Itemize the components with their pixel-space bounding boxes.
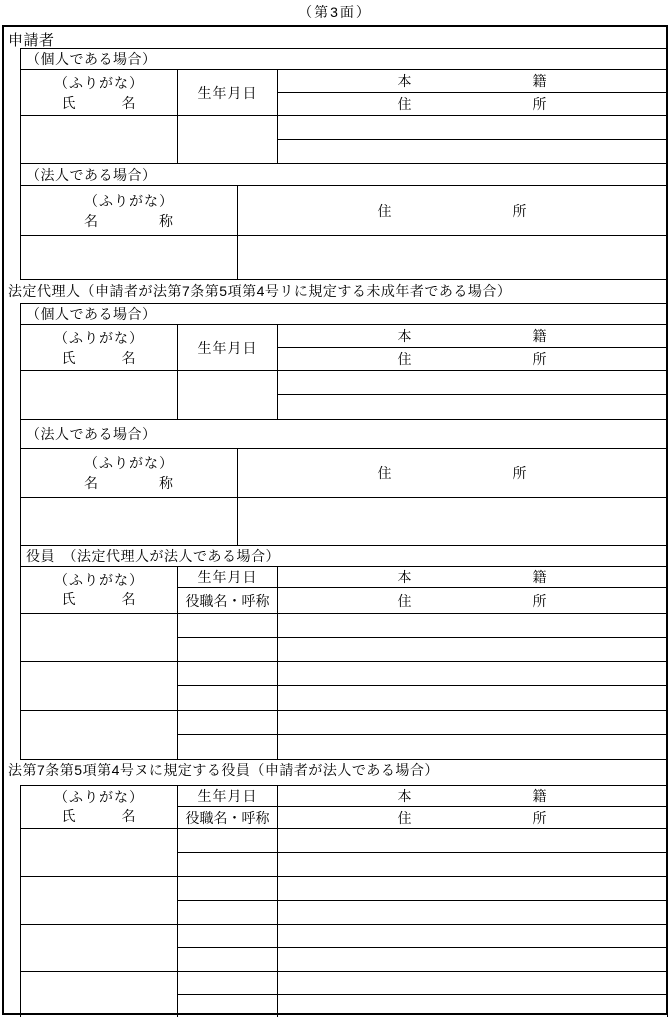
officer-domicile-field xyxy=(278,877,668,901)
legal-rep-corp-name-field xyxy=(21,498,238,546)
officer-title-field xyxy=(178,853,278,877)
officer-birth-date-field xyxy=(178,662,278,686)
officer-title-header: 役職名・呼称 xyxy=(178,588,278,614)
address-header: 住 所 xyxy=(278,807,668,829)
furigana-label: （ふりがな） xyxy=(21,788,177,807)
officer-name-field xyxy=(21,925,178,972)
case-label-corporate: （法人である場合） xyxy=(21,164,668,186)
officer-title-field xyxy=(178,948,278,972)
officer-title-field xyxy=(178,735,278,760)
person-name-label: 氏 名 xyxy=(21,590,177,609)
registered-domicile-header: 本 籍 xyxy=(278,325,668,348)
registered-domicile-header: 本 籍 xyxy=(278,567,668,588)
case-label-individual: （個人である場合） xyxy=(21,304,668,325)
officer-name-field xyxy=(21,877,178,925)
furigana-label: （ふりがな） xyxy=(21,571,177,590)
person-name-label: 氏 名 xyxy=(21,348,177,368)
form-page: （第3面） 申請者 （個人である場合） （ふりがな） 氏 名 生年月日 本 籍 … xyxy=(0,0,670,1017)
legal-rep-name-field xyxy=(21,371,178,420)
case-label-individual: （個人である場合） xyxy=(21,49,668,70)
officer-address-field xyxy=(278,638,668,662)
officer-address-field xyxy=(278,901,668,925)
officer-birth-date-field xyxy=(178,711,278,735)
legal-rep-address-field xyxy=(278,395,668,420)
applicant-birth-date-field xyxy=(178,116,278,164)
person-name-label: 氏 名 xyxy=(21,807,177,826)
officer-title-field xyxy=(178,686,278,711)
officer-title-field xyxy=(178,901,278,925)
name-furigana-header: （ふりがな） 氏 名 xyxy=(21,325,178,371)
officer-title-field xyxy=(178,638,278,662)
case-label-corporate: （法人である場合） xyxy=(21,420,668,449)
legal-rep-domicile-field xyxy=(278,371,668,395)
address-header: 住 所 xyxy=(278,93,668,116)
officer-name-field xyxy=(21,662,178,711)
officer-domicile-field xyxy=(278,662,668,686)
corp-name-label: 名 称 xyxy=(21,473,237,493)
officer-birth-date-field xyxy=(178,925,278,948)
applicant-name-field xyxy=(21,116,178,164)
registered-domicile-header: 本 籍 xyxy=(278,70,668,93)
officer-name-field xyxy=(21,972,178,1017)
officer-title-header: 役職名・呼称 xyxy=(178,807,278,829)
corp-name-furigana-header: （ふりがな） 名 称 xyxy=(21,449,238,498)
section-title-officers-of-applicant: 法第7条第5項第4号ヌに規定する役員（申請者が法人である場合） xyxy=(8,760,439,780)
birth-date-header: 生年月日 xyxy=(178,786,278,807)
officer-address-field xyxy=(278,948,668,972)
address-header: 住 所 xyxy=(278,348,668,371)
name-furigana-header: （ふりがな） 氏 名 xyxy=(21,786,178,829)
officer-address-field xyxy=(278,853,668,877)
address-header: 住 所 xyxy=(278,588,668,614)
officer-name-field xyxy=(21,711,178,760)
corp-address-header: 住 所 xyxy=(238,186,668,236)
officer-address-field xyxy=(278,735,668,760)
person-name-label: 氏 名 xyxy=(21,93,177,113)
page-title: （第3面） xyxy=(0,2,670,22)
birth-date-header: 生年月日 xyxy=(178,70,278,116)
name-furigana-header: （ふりがな） 氏 名 xyxy=(21,567,178,614)
applicant-corp-address-field xyxy=(238,236,668,280)
corp-name-label: 名 称 xyxy=(21,211,237,231)
section-title-applicant: 申請者 xyxy=(8,29,55,50)
section-title-officers-of-legal-rep: 役員 （法定代理人が法人である場合） xyxy=(21,546,668,567)
officer-birth-date-field xyxy=(178,614,278,638)
legal-representative-table: （個人である場合） （ふりがな） 氏 名 生年月日 本 籍 住 所 （法人である… xyxy=(20,303,668,760)
officer-address-field xyxy=(278,995,668,1017)
section-title-legal-representative: 法定代理人（申請者が法第7条第5項第4号リに規定する未成年者である場合） xyxy=(8,281,511,301)
legal-rep-birth-date-field xyxy=(178,371,278,420)
corp-address-header: 住 所 xyxy=(238,449,668,498)
name-furigana-header: （ふりがな） 氏 名 xyxy=(21,70,178,116)
applicant-table: （個人である場合） （ふりがな） 氏 名 生年月日 本 籍 住 所 （法人である… xyxy=(20,48,668,280)
furigana-label: （ふりがな） xyxy=(21,191,237,211)
applicant-corp-name-field xyxy=(21,236,238,280)
applicant-address-field xyxy=(278,140,668,164)
furigana-label: （ふりがな） xyxy=(21,453,237,473)
birth-date-header: 生年月日 xyxy=(178,567,278,588)
furigana-label: （ふりがな） xyxy=(21,73,177,93)
officer-address-field xyxy=(278,686,668,711)
officer-birth-date-field xyxy=(178,972,278,995)
officer-domicile-field xyxy=(278,925,668,948)
officer-birth-date-field xyxy=(178,829,278,853)
legal-rep-corp-address-field xyxy=(238,498,668,546)
corp-name-furigana-header: （ふりがな） 名 称 xyxy=(21,186,238,236)
officer-domicile-field xyxy=(278,711,668,735)
officer-domicile-field xyxy=(278,972,668,995)
officer-domicile-field xyxy=(278,614,668,638)
officer-birth-date-field xyxy=(178,877,278,901)
officer-name-field xyxy=(21,829,178,877)
applicant-officers-table: （ふりがな） 氏 名 生年月日 本 籍 役職名・呼称 住 所 xyxy=(20,785,668,1017)
applicant-domicile-field xyxy=(278,116,668,140)
birth-date-header: 生年月日 xyxy=(178,325,278,371)
furigana-label: （ふりがな） xyxy=(21,328,177,348)
officer-title-field xyxy=(178,995,278,1017)
officer-name-field xyxy=(21,614,178,662)
registered-domicile-header: 本 籍 xyxy=(278,786,668,807)
officer-domicile-field xyxy=(278,829,668,853)
